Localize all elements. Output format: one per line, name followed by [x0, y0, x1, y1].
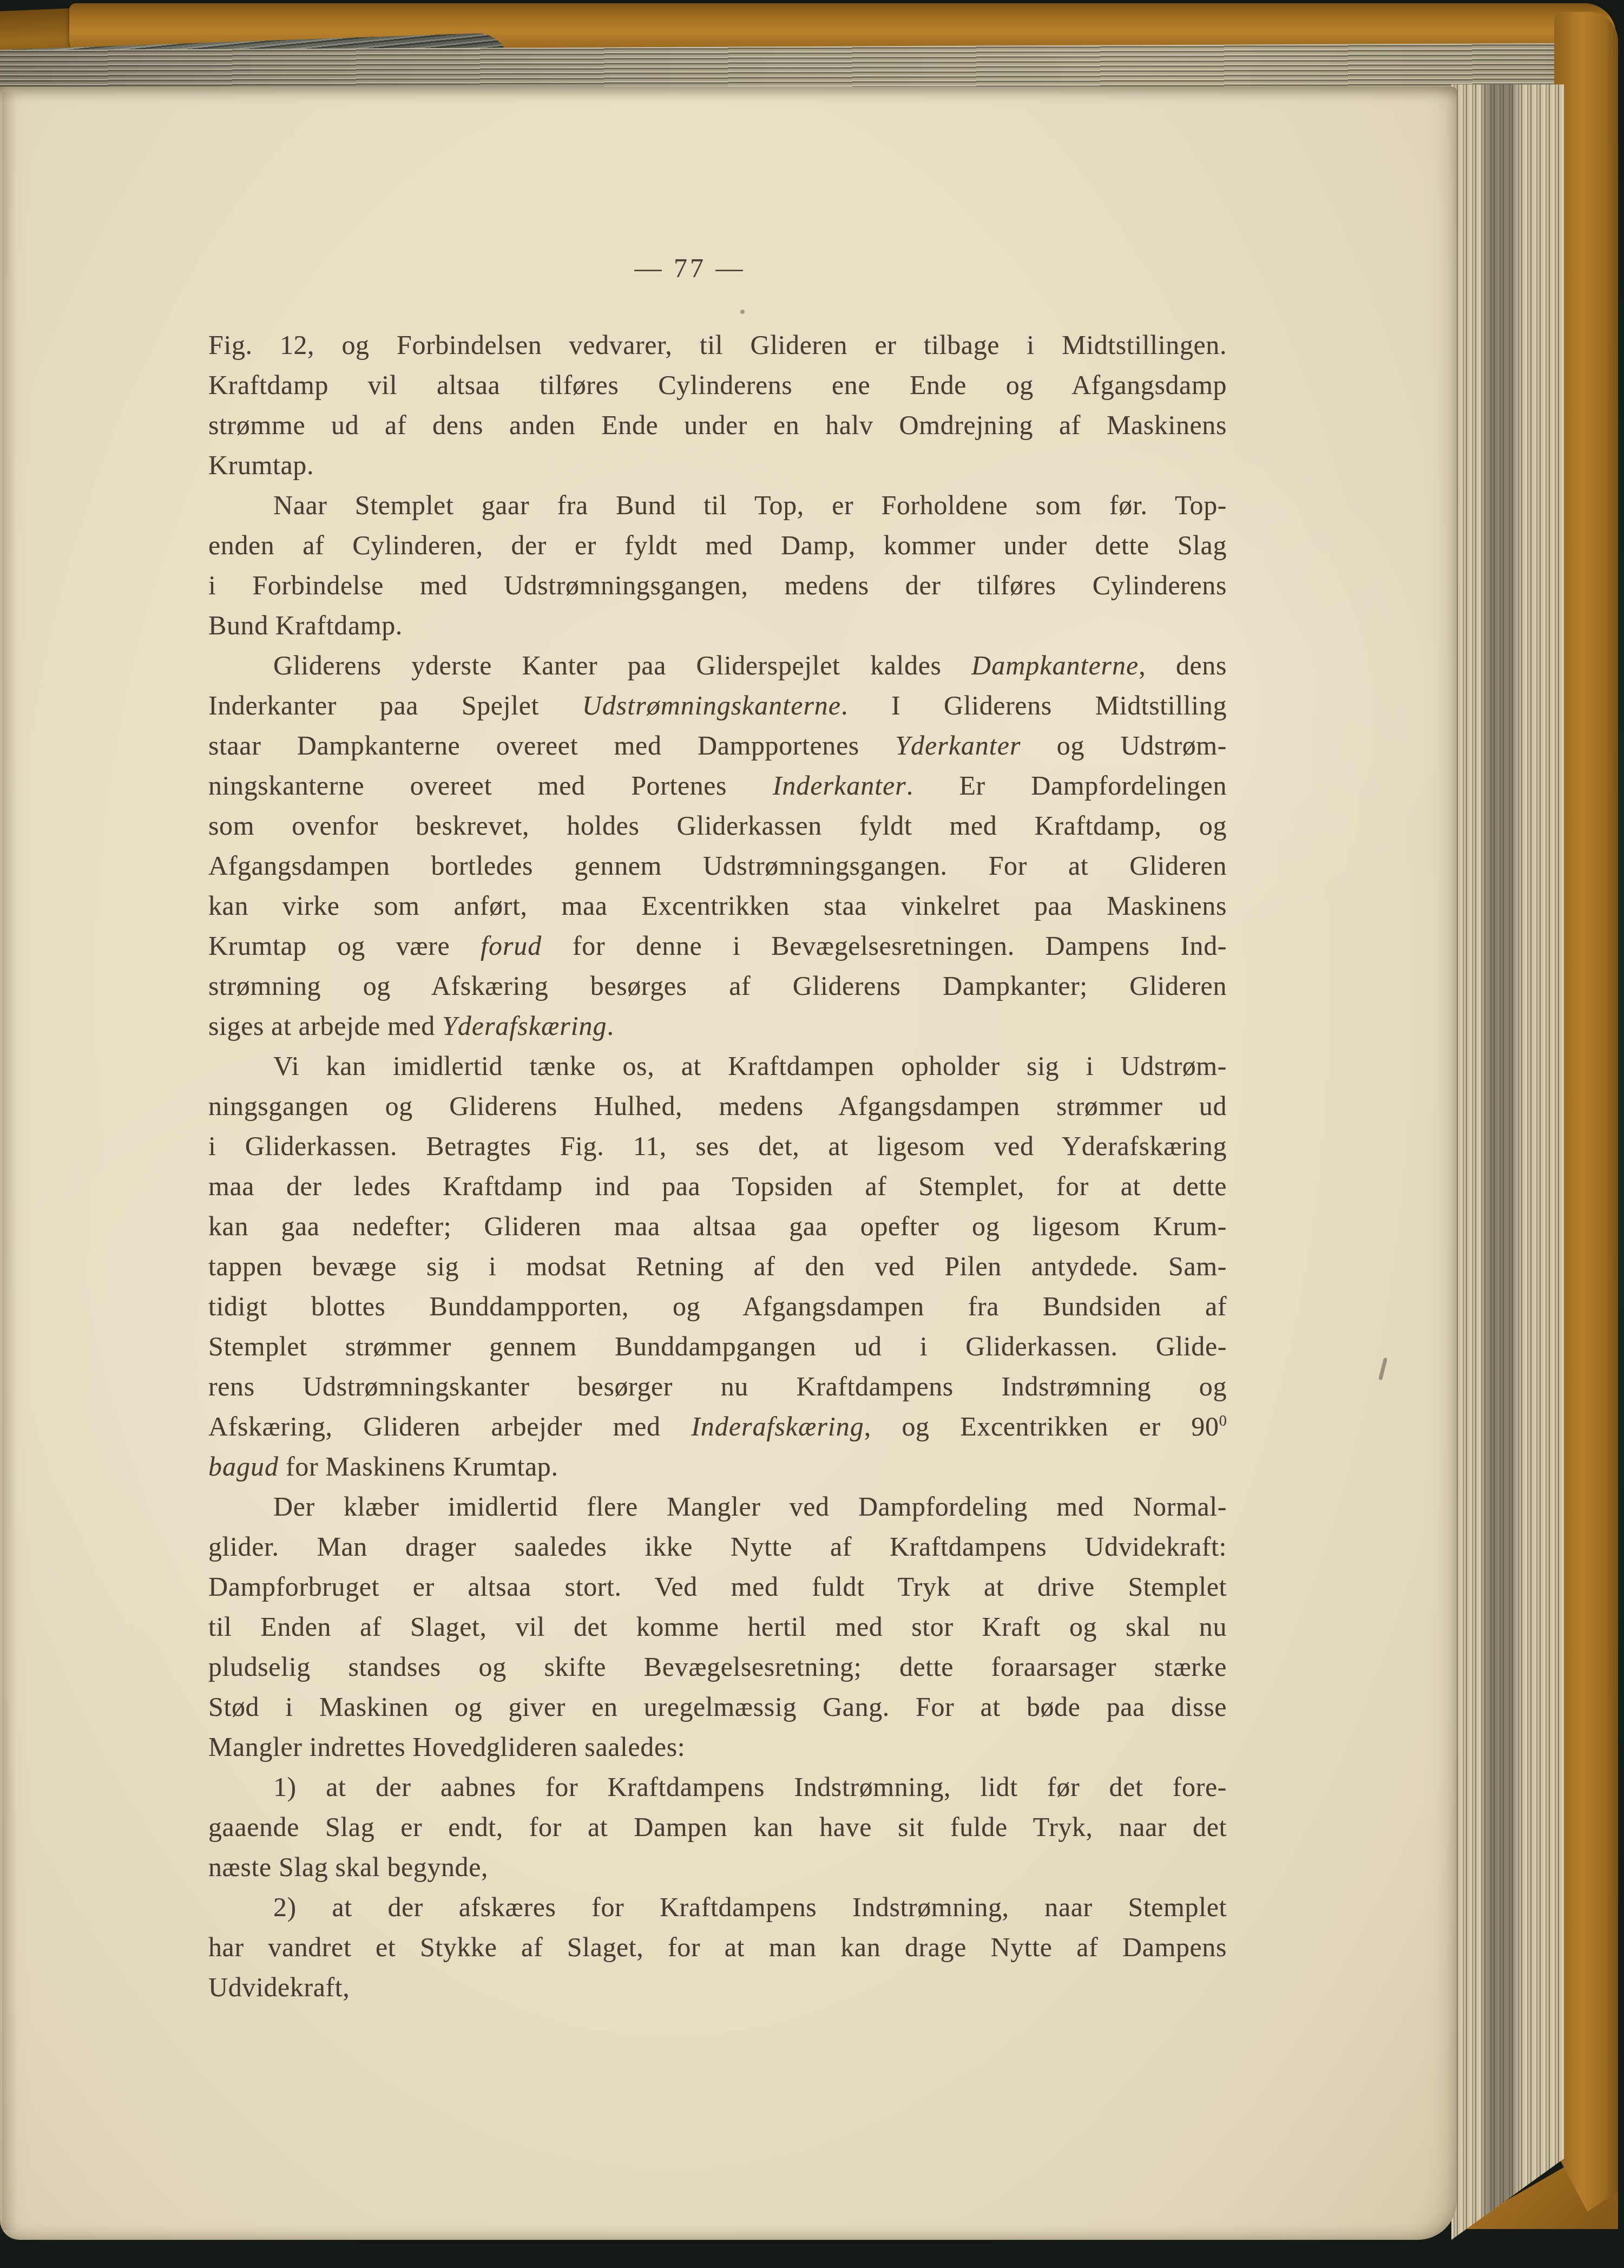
text-line: Krumtap og være forud for denne i Bevæge… [208, 926, 1227, 966]
text-line: gaaende Slag er endt, for at Dampen kan … [208, 1807, 1227, 1847]
page-crease [2, 92, 17, 2230]
paragraph: Der klæber imidlertid flere Mangler ved … [208, 1486, 1227, 1767]
text-line: Naar Stemplet gaar fra Bund til Top, er … [208, 485, 1227, 525]
text-line: i Forbindelse med Udstrømningsgangen, me… [208, 565, 1227, 605]
text-line: pludselig standses og skifte Bevægelsesr… [208, 1647, 1227, 1687]
text-line: maa der ledes Kraftdamp ind paa Topsiden… [208, 1166, 1227, 1206]
text-line: 2) at der afskæres for Kraftdampens Inds… [208, 1887, 1227, 1927]
paper-speck [740, 310, 745, 314]
paragraph: Vi kan imidlertid tænke os, at Kraftdamp… [208, 1046, 1227, 1486]
text-line: ningsgangen og Gliderens Hulhed, medens … [208, 1086, 1227, 1126]
paragraph: Fig. 12, og Forbindelsen vedvarer, til G… [208, 325, 1227, 485]
paragraph: Naar Stemplet gaar fra Bund til Top, er … [208, 485, 1227, 645]
text-line: til Enden af Slaget, vil det komme herti… [208, 1607, 1227, 1647]
text-line: kan gaa nedefter; Glideren maa altsaa ga… [208, 1206, 1227, 1246]
text-line: som ovenfor beskrevet, holdes Gliderkass… [208, 805, 1227, 845]
text-line: i Gliderkassen. Betragtes Fig. 11, ses d… [208, 1126, 1227, 1166]
text-block: Fig. 12, og Forbindelsen vedvarer, til G… [208, 325, 1227, 2007]
text-line: Fig. 12, og Forbindelsen vedvarer, til G… [208, 325, 1227, 365]
text-line: næste Slag skal begynde, [208, 1847, 1227, 1887]
text-line: Afgangsdampen bortledes gennem Udstrømni… [208, 845, 1227, 886]
text-line: strømning og Afskæring besørges af Glide… [208, 966, 1227, 1006]
text-line: Krumtap. [208, 445, 1227, 485]
text-line: glider. Man drager saaledes ikke Nytte a… [208, 1526, 1227, 1566]
text-line: Mangler indrettes Hovedglideren saaledes… [208, 1727, 1227, 1767]
page-number: — 77 — [208, 252, 1172, 284]
text-line: enden af Cylinderen, der er fyldt med Da… [208, 525, 1227, 565]
text-line: Inderkanter paa Spejlet Udstrømningskant… [208, 685, 1227, 725]
paragraph: 1) at der aabnes for Kraftdampens Indstr… [208, 1767, 1227, 1887]
text-line: Bund Kraftdamp. [208, 605, 1227, 645]
scanned-book-photo: — 77 — Fig. 12, og Forbindelsen vedvarer… [0, 0, 1624, 2268]
text-line: siges at arbejde med Yderafskæring. [208, 1006, 1227, 1046]
text-line: Udvidekraft, [208, 1967, 1227, 2007]
text-line: Stemplet strømmer gennem Bunddampgangen … [208, 1326, 1227, 1366]
text-line: ningskanterne overeet med Portenes Inder… [208, 765, 1227, 805]
text-line: staar Dampkanterne overeet med Dampporte… [208, 725, 1227, 765]
text-line: Kraftdamp vil altsaa tilføres Cylinderen… [208, 365, 1227, 405]
text-line: rens Udstrømningskanter besørger nu Kraf… [208, 1366, 1227, 1406]
text-line: Afskæring, Glideren arbejder med Inderaf… [208, 1406, 1227, 1446]
paragraph: Gliderens yderste Kanter paa Gliderspejl… [208, 645, 1227, 1046]
text-line: bagud for Maskinens Krumtap. [208, 1446, 1227, 1486]
text-line: 1) at der aabnes for Kraftdampens Indstr… [208, 1767, 1227, 1807]
text-line: tidigt blottes Bunddampporten, og Afgang… [208, 1286, 1227, 1326]
text-line: kan virke som anført, maa Excentrikken s… [208, 886, 1227, 926]
text-line: strømme ud af dens anden Ende under en h… [208, 405, 1227, 445]
paragraph: 2) at der afskæres for Kraftdampens Inds… [208, 1887, 1227, 2007]
text-line: Der klæber imidlertid flere Mangler ved … [208, 1486, 1227, 1526]
page-edges-fore-edge [1451, 84, 1564, 2240]
text-line: har vandret et Stykke af Slaget, for at … [208, 1927, 1227, 1967]
text-line: tappen bevæge sig i modsat Retning af de… [208, 1246, 1227, 1286]
text-line: Vi kan imidlertid tænke os, at Kraftdamp… [208, 1046, 1227, 1086]
text-line: Gliderens yderste Kanter paa Gliderspejl… [208, 645, 1227, 685]
text-line: Stød i Maskinen og giver en uregelmæssig… [208, 1687, 1227, 1727]
text-line: Dampforbruget er altsaa stort. Ved med f… [208, 1566, 1227, 1607]
